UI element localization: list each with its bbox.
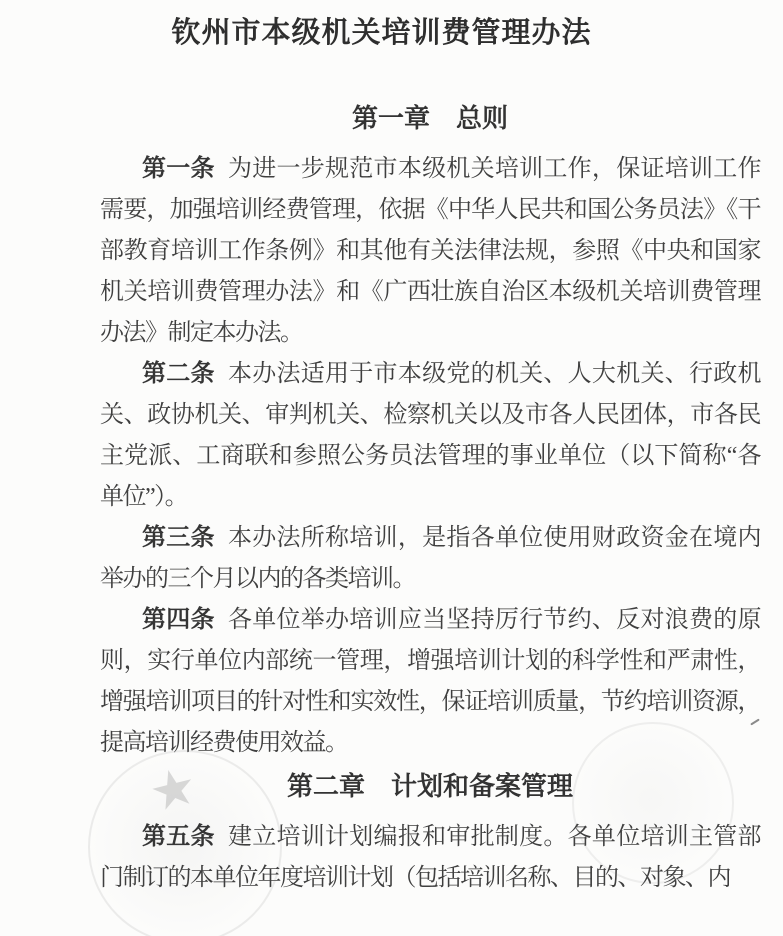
document-column: 第一章 总则第一条为进一步规范市本级机关培训工作，保证培训工作需要，加强培训经费… — [100, 96, 760, 899]
article-number-label: 第一条 — [142, 156, 215, 182]
article-number-label: 第五条 — [142, 824, 215, 850]
article-text: 本办法适用于市本级党的机关、人大机关、行政机 — [228, 361, 760, 387]
text-line: 增强培训项目的针对性和实效性，保证培训质量，节约培训资源， — [100, 682, 760, 723]
text-line: 举办的三个月以内的各类培训。 — [100, 559, 760, 600]
text-line: 第三条本办法所称培训，是指各单位使用财政资金在境内 — [100, 518, 760, 559]
article-number-label: 第三条 — [142, 525, 215, 551]
text-line: 主党派、工商联和参照公务员法管理的事业单位（以下简称“各 — [100, 436, 760, 477]
article-text: 建立培训计划编报和审批制度。各单位培训主管部 — [228, 824, 760, 850]
text-line: 机关培训费管理办法》和《广西壮族自治区本级机关培训费管理 — [100, 272, 760, 313]
text-line: 需要，加强培训经费管理，依据《中华人民共和国公务员法》《干 — [100, 190, 760, 231]
article-text: 各单位举办培训应当坚持厉行节约、反对浪费的原 — [228, 607, 760, 633]
chapter-heading: 第一章 总则 — [100, 98, 760, 139]
article-text: 为进一步规范市本级机关培训工作，保证培训工作 — [228, 156, 760, 182]
text-line: 关、政协机关、审判机关、检察机关以及市各人民团体，市各民 — [100, 395, 760, 436]
text-line: 第四条各单位举办培训应当坚持厉行节约、反对浪费的原 — [100, 600, 760, 641]
text-line: 第五条建立培训计划编报和审批制度。各单位培训主管部 — [100, 817, 760, 858]
text-line: 部教育培训工作条例》和其他有关法律法规，参照《中央和国家 — [100, 231, 760, 272]
article-number-label: 第四条 — [142, 607, 215, 633]
document-page: 钦州市本级机关培训费管理办法 第一章 总则第一条为进一步规范市本级机关培训工作，… — [0, 0, 783, 936]
text-line: 第二条本办法适用于市本级党的机关、人大机关、行政机 — [100, 354, 760, 395]
text-line: 单位”）。 — [100, 477, 760, 518]
document-title: 钦州市本级机关培训费管理办法 — [0, 10, 763, 51]
text-line: 则，实行单位内部统一管理，增强培训计划的科学性和严肃性， — [100, 641, 760, 682]
text-line: 门制订的本单位年度培训计划（包括培训名称、目的、对象、内 — [100, 858, 760, 899]
article-number-label: 第二条 — [142, 361, 215, 387]
text-line: 办法》制定本办法。 — [100, 313, 760, 354]
article-text: 本办法所称培训，是指各单位使用财政资金在境内 — [228, 525, 760, 551]
chapter-heading: 第二章 计划和备案管理 — [100, 766, 760, 807]
text-line: 提高培训经费使用效益。 — [100, 723, 760, 764]
text-line: 第一条为进一步规范市本级机关培训工作，保证培训工作 — [100, 149, 760, 190]
